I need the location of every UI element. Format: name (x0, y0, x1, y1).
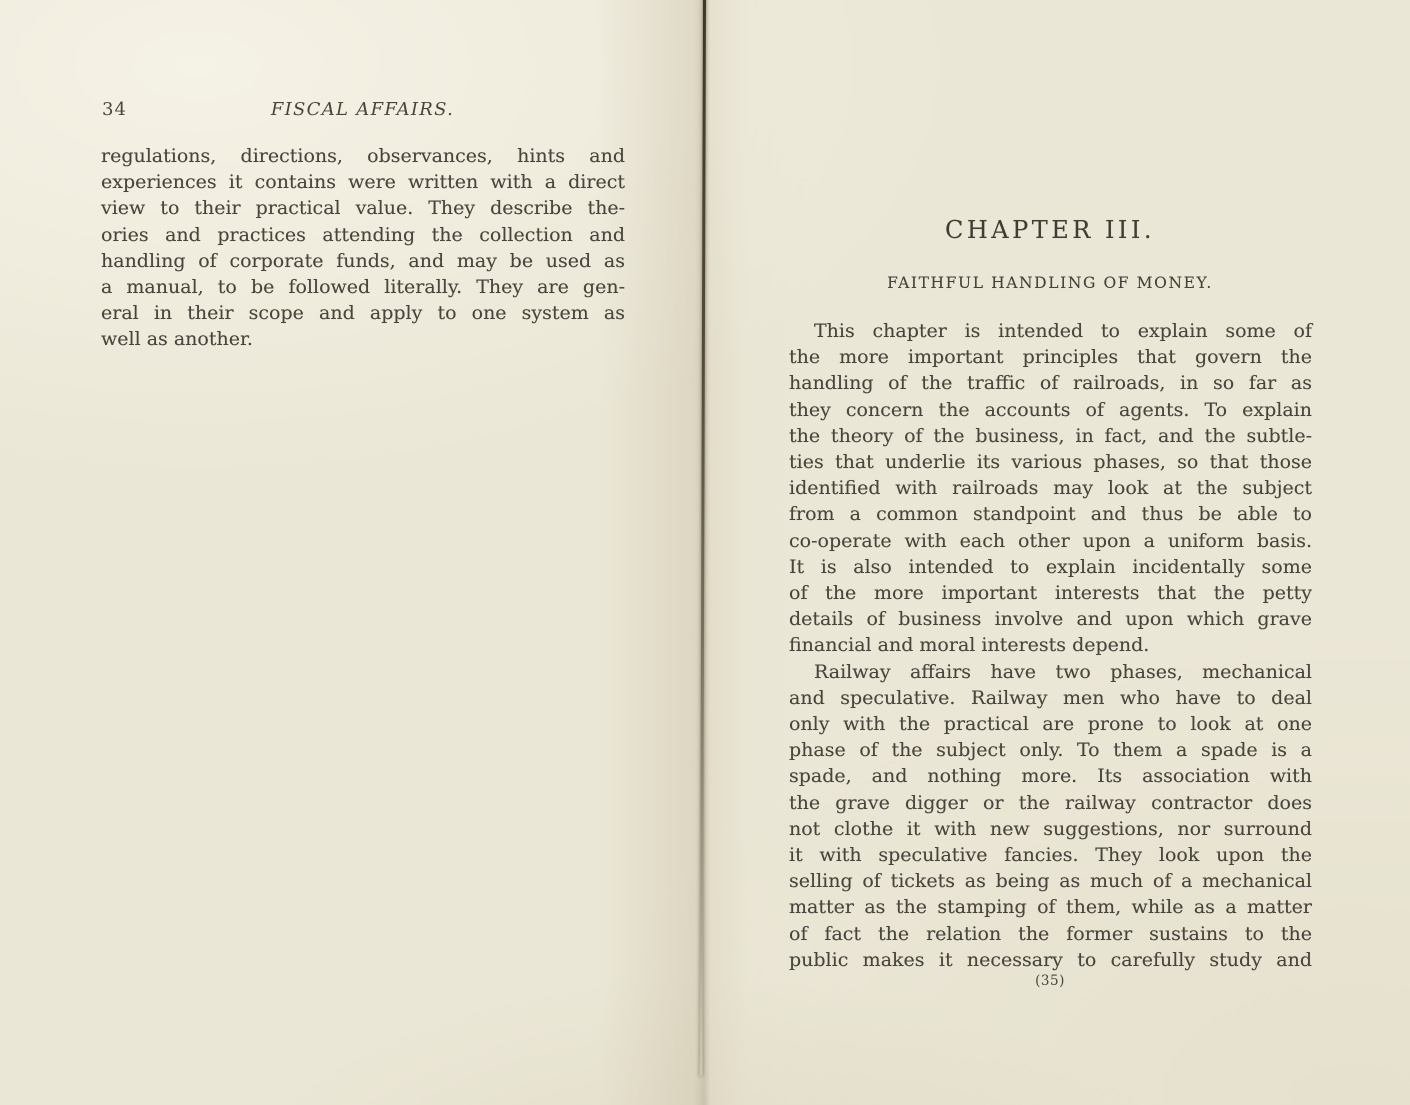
text-line: experiences it contains were written wit… (101, 169, 625, 195)
text-line: selling of tickets as being as much of a… (789, 868, 1312, 894)
text-line: This chapter is intended to explain some… (789, 318, 1312, 344)
text-line: public makes it necessary to carefully s… (789, 947, 1312, 973)
text-line: co-operate with each other upon a unifor… (789, 528, 1312, 554)
left-running-head: 34 FISCAL AFFAIRS. (100, 99, 625, 123)
text-line: a manual, to be followed literally. They… (101, 274, 625, 300)
text-line: the more important principles that gover… (789, 344, 1312, 370)
text-line: only with the practical are prone to loo… (789, 711, 1312, 737)
text-line: from a common standpoint and thus be abl… (789, 501, 1312, 527)
text-line: eral in their scope and apply to one sys… (101, 300, 625, 326)
text-line: spade, and nothing more. Its association… (789, 763, 1312, 789)
text-line: It is also intended to explain incidenta… (789, 554, 1312, 580)
text-line: not clothe it with new suggestions, nor … (789, 816, 1312, 842)
text-line: details of business involve and upon whi… (789, 606, 1312, 632)
text-line: they concern the accounts of agents. To … (789, 397, 1312, 423)
text-line: ties that underlie its various phases, s… (789, 449, 1312, 475)
text-line: and speculative. Railway men who have to… (789, 685, 1312, 711)
text-line: of fact the relation the former sustains… (789, 921, 1312, 947)
chapter-subtitle: FAITHFUL HANDLING OF MONEY. (758, 274, 1342, 292)
text-line: phase of the subject only. To them a spa… (789, 737, 1312, 763)
text-line: Railway affairs have two phases, mechani… (789, 659, 1312, 685)
right-page-text: This chapter is intended to explain some… (789, 318, 1312, 973)
text-line: identified with railroads may look at th… (789, 475, 1312, 501)
gutter-crease (700, 0, 706, 1076)
running-header: FISCAL AFFAIRS. (100, 99, 625, 121)
text-line: regulations, directions, observances, hi… (101, 143, 625, 169)
text-line: the grave digger or the railway contract… (789, 790, 1312, 816)
text-line: well as another. (101, 326, 625, 352)
gutter-shading (598, 0, 812, 1105)
text-line: matter as the stamping of them, while as… (789, 894, 1312, 920)
text-line: ories and practices attending the collec… (101, 222, 625, 248)
text-line: the theory of the business, in fact, and… (789, 423, 1312, 449)
book-spread: 34 FISCAL AFFAIRS. regulations, directio… (0, 0, 1410, 1105)
text-line: handling of corporate funds, and may be … (101, 248, 625, 274)
left-page-text: regulations, directions, observances, hi… (101, 143, 625, 353)
text-line: handling of the traffic of railroads, in… (789, 370, 1312, 396)
chapter-heading: CHAPTER III. (788, 216, 1312, 244)
text-line: of the more important interests that the… (789, 580, 1312, 606)
right-page-number: (35) (788, 973, 1312, 989)
text-line: financial and moral interests depend. (789, 632, 1312, 658)
text-line: view to their practical value. They desc… (101, 195, 625, 221)
text-line: it with speculative fancies. They look u… (789, 842, 1312, 868)
